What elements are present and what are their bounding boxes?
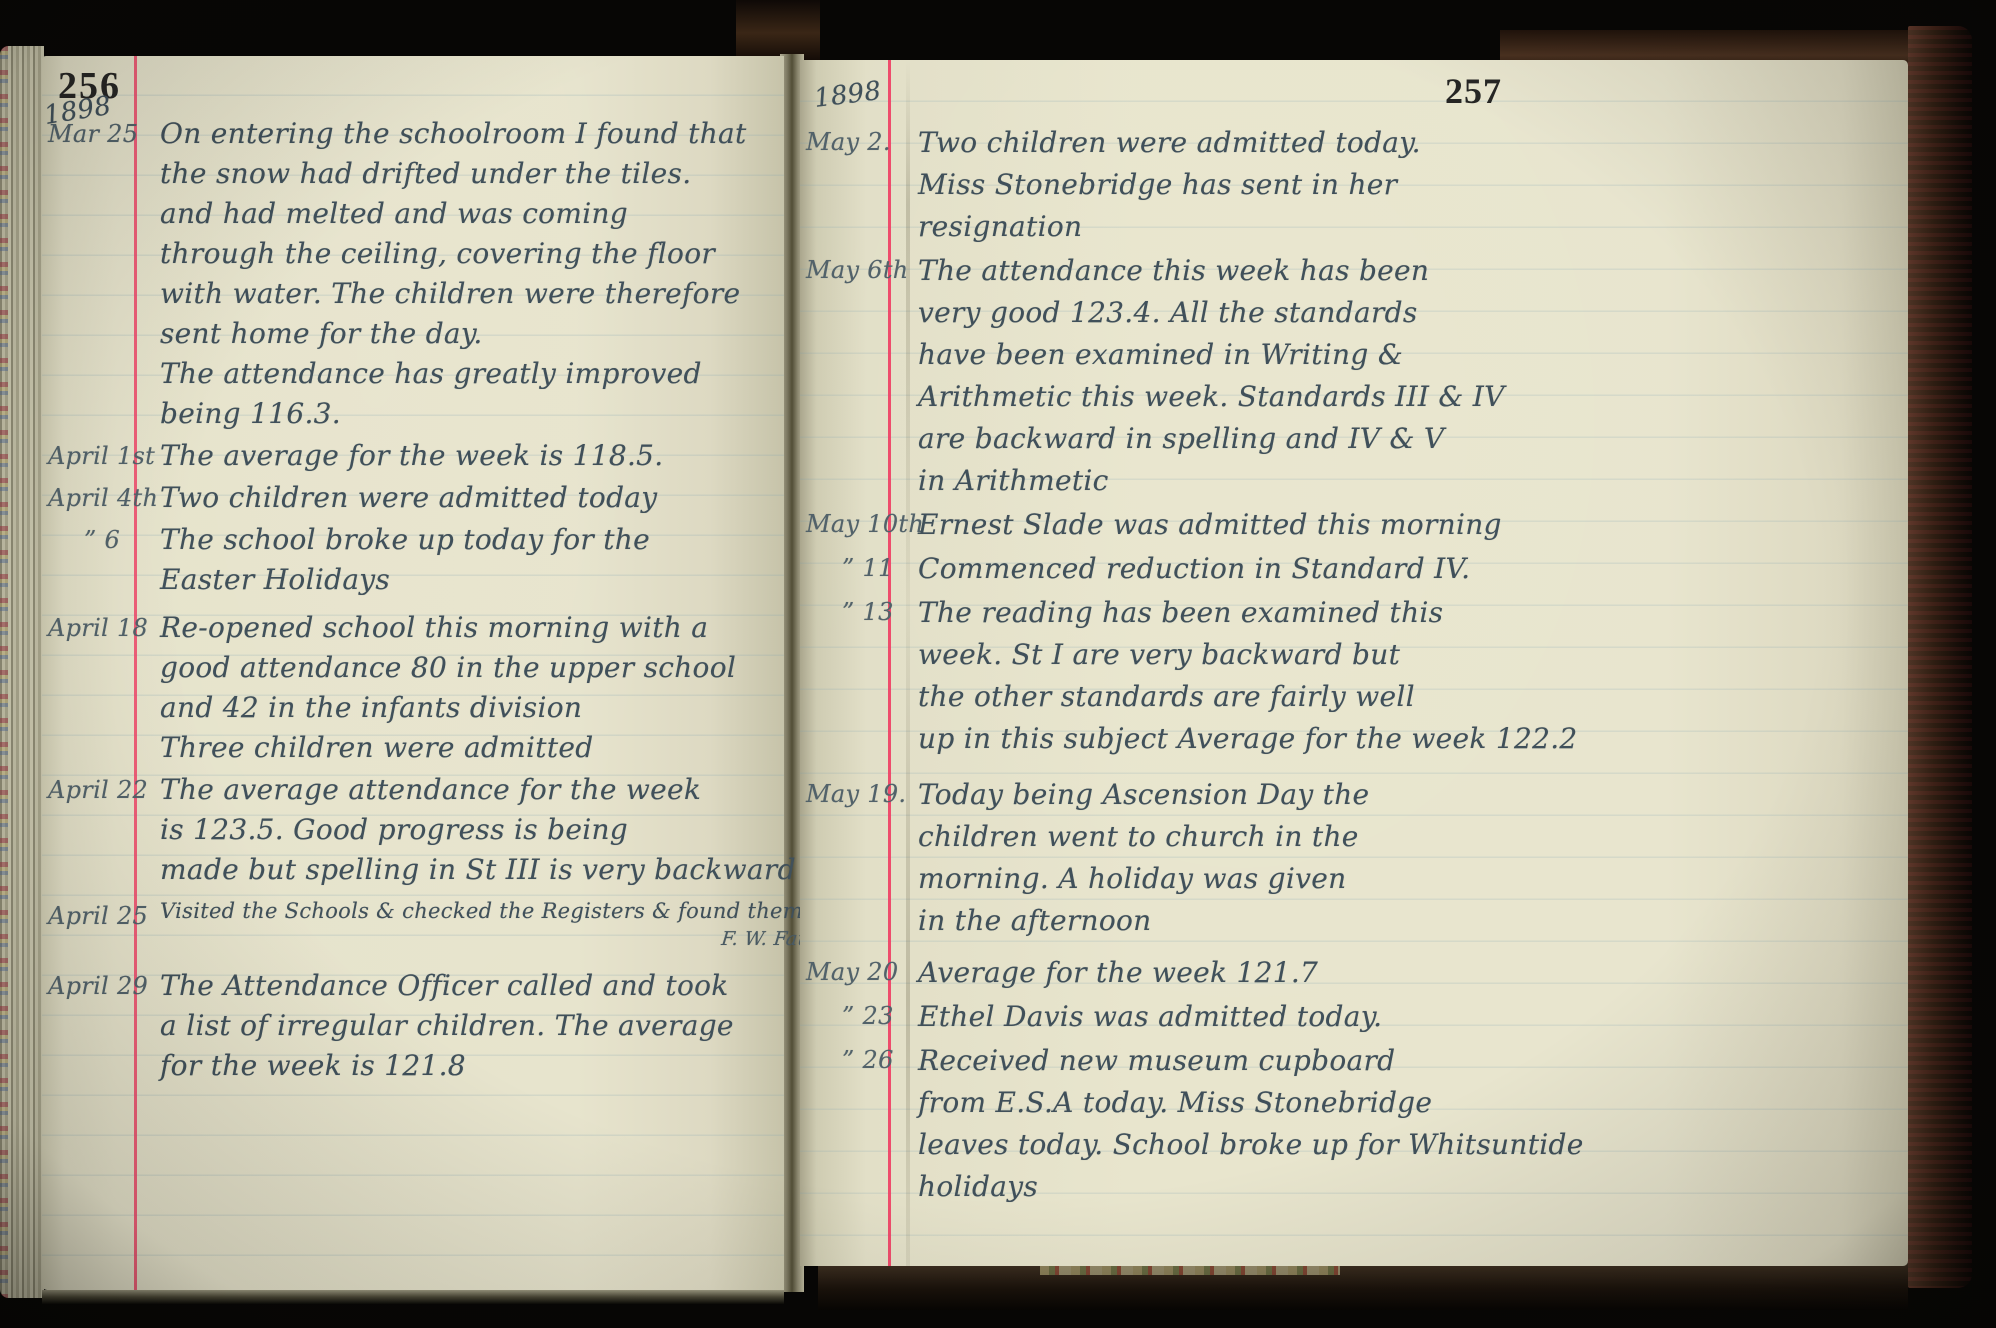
entry-line: children went to church in the: [918, 816, 1908, 858]
entry-line: Three children were admitted: [160, 728, 784, 768]
log-entry: April 25Visited the Schools & checked th…: [42, 896, 784, 952]
log-entry: April 18Re-opened school this morning wi…: [42, 608, 784, 768]
inspector-signature: F. W. Faught: [159, 926, 891, 952]
entry-line: The attendance has greatly improved: [160, 354, 784, 394]
entry-text: The average for the week is 118.5.: [146, 436, 784, 476]
entry-line: the other standards are fairly well: [918, 676, 1908, 718]
entry-line: sent home for the day.: [160, 314, 784, 354]
entry-line: Ethel Davis was admitted today.: [918, 996, 1908, 1038]
entry-line: leaves today. School broke up for Whitsu…: [918, 1124, 1908, 1166]
entry-line: Visited the Schools & checked the Regist…: [160, 896, 889, 926]
entry-line: made but spelling in St III is very back…: [160, 850, 796, 890]
book-cover-right-edge: [1908, 26, 1972, 1288]
spine-top-cover: [736, 0, 820, 60]
entry-date: ” 13: [800, 592, 904, 760]
logbook-photo: 256 1898 Mar 25On entering the schoolroo…: [0, 0, 1996, 1328]
right-page-entries: May 2.Two children were admitted today.M…: [800, 122, 1908, 1210]
entry-text: Average for the week 121.7: [904, 952, 1908, 994]
entry-line: Commenced reduction in Standard IV.: [918, 548, 1908, 590]
entry-line: is 123.5. Good progress is being: [160, 810, 796, 850]
entry-text: Ernest Slade was admitted this morning: [904, 504, 1908, 546]
entry-line: Re-opened school this morning with a: [160, 608, 784, 648]
bottom-right-cover: [818, 1262, 1908, 1310]
entry-line: The Attendance Officer called and took: [160, 966, 784, 1006]
entry-line: good attendance 80 in the upper school: [160, 648, 784, 688]
entry-line: being 116.3.: [160, 394, 784, 434]
entry-line: with water. The children were therefore: [160, 274, 784, 314]
entry-line: The average attendance for the week: [160, 770, 796, 810]
entry-line: in Arithmetic: [918, 460, 1908, 502]
entry-text: Two children were admitted today: [146, 478, 784, 518]
entry-line: The attendance this week has been: [918, 250, 1908, 292]
entry-line: a list of irregular children. The averag…: [160, 1006, 784, 1046]
entry-text: On entering the schoolroom I found thatt…: [146, 114, 784, 434]
entry-date: May 10th: [800, 504, 904, 546]
entry-line: holidays: [918, 1166, 1908, 1208]
entry-line: morning. A holiday was given: [918, 858, 1908, 900]
entry-line: Two children were admitted today.: [918, 122, 1908, 164]
entry-date: May 6th: [800, 250, 904, 502]
entry-line: week. St I are very backward but: [918, 634, 1908, 676]
entry-line: Miss Stonebridge has sent in her: [918, 164, 1908, 206]
entry-date: April 1st: [42, 436, 146, 476]
entry-line: Received new museum cupboard: [918, 1040, 1908, 1082]
bottom-left-page-edge: [42, 1290, 784, 1304]
log-entry: April 29The Attendance Officer called an…: [42, 966, 784, 1086]
log-entry: May 6thThe attendance this week has been…: [800, 250, 1908, 502]
entry-text: Re-opened school this morning with agood…: [146, 608, 784, 768]
entry-text: Commenced reduction in Standard IV.: [904, 548, 1908, 590]
log-entry: ” 13The reading has been examined thiswe…: [800, 592, 1908, 760]
entry-date: ” 11: [800, 548, 904, 590]
entry-line: in the afternoon: [918, 900, 1908, 942]
log-entry: ” 11Commenced reduction in Standard IV.: [800, 548, 1908, 590]
log-entry: May 19.Today being Ascension Day thechil…: [800, 774, 1908, 942]
entry-line: are backward in spelling and IV & V: [918, 418, 1908, 460]
log-entry: May 2.Two children were admitted today.M…: [800, 122, 1908, 248]
entry-date: April 4th: [42, 478, 146, 518]
entry-text: The average attendance for the weekis 12…: [146, 770, 796, 890]
entry-line: The school broke up today for the: [160, 520, 784, 560]
entry-date: April 25: [42, 896, 146, 952]
entry-line: and had melted and was coming: [160, 194, 784, 234]
entry-text: Two children were admitted today.Miss St…: [904, 122, 1908, 248]
entry-date: April 22: [42, 770, 146, 890]
entry-date: Mar 25: [42, 114, 146, 434]
entry-line: On entering the schoolroom I found that: [160, 114, 784, 154]
log-entry: ” 26Received new museum cupboardfrom E.S…: [800, 1040, 1908, 1208]
entry-text: The school broke up today for theEaster …: [146, 520, 784, 600]
entry-line: Average for the week 121.7: [918, 952, 1908, 994]
entry-line: Today being Ascension Day the: [918, 774, 1908, 816]
log-entry: May 10thErnest Slade was admitted this m…: [800, 504, 1908, 546]
page-left: 256 1898 Mar 25On entering the schoolroo…: [42, 56, 784, 1290]
entry-line: Easter Holidays: [160, 560, 784, 600]
log-entry: April 22The average attendance for the w…: [42, 770, 784, 890]
entry-line: and 42 in the infants division: [160, 688, 784, 728]
entry-date: ” 6: [42, 520, 146, 600]
entry-line: from E.S.A today. Miss Stonebridge: [918, 1082, 1908, 1124]
log-entry: Mar 25On entering the schoolroom I found…: [42, 114, 784, 434]
entry-text: Visited the Schools & checked the Regist…: [146, 896, 889, 952]
entry-text: Ethel Davis was admitted today.: [904, 996, 1908, 1038]
entry-line: resignation: [918, 206, 1908, 248]
bottom-page-edge-sliver: [1040, 1266, 1340, 1275]
entry-date: April 29: [42, 966, 146, 1086]
page-right: 257 1898 May 2.Two children were admitte…: [800, 60, 1908, 1266]
log-entry: April 4thTwo children were admitted toda…: [42, 478, 784, 518]
left-page-edges: [0, 46, 44, 1298]
entry-line: have been examined in Writing &: [918, 334, 1908, 376]
entry-line: The reading has been examined this: [918, 592, 1908, 634]
entry-text: Today being Ascension Day thechildren we…: [904, 774, 1908, 942]
entry-date: May 19.: [800, 774, 904, 942]
entry-date: ” 23: [800, 996, 904, 1038]
entry-text: Received new museum cupboardfrom E.S.A t…: [904, 1040, 1908, 1208]
left-page-entries: Mar 25On entering the schoolroom I found…: [42, 114, 784, 1088]
entry-date: ” 26: [800, 1040, 904, 1208]
entry-date: May 20: [800, 952, 904, 994]
log-entry: April 1stThe average for the week is 118…: [42, 436, 784, 476]
log-entry: ” 23Ethel Davis was admitted today.: [800, 996, 1908, 1038]
page-number-right: 257: [1445, 70, 1502, 112]
log-entry: ” 6The school broke up today for theEast…: [42, 520, 784, 600]
entry-line: The average for the week is 118.5.: [160, 436, 784, 476]
entry-line: very good 123.4. All the standards: [918, 292, 1908, 334]
entry-line: Arithmetic this week. Standards III & IV: [918, 376, 1908, 418]
entry-line: for the week is 121.8: [160, 1046, 784, 1086]
entry-date: April 18: [42, 608, 146, 768]
entry-text: The reading has been examined thisweek. …: [904, 592, 1908, 760]
entry-line: the snow had drifted under the tiles.: [160, 154, 784, 194]
entry-text: The Attendance Officer called and tooka …: [146, 966, 784, 1086]
entry-line: up in this subject Average for the week …: [918, 718, 1908, 760]
entry-line: Ernest Slade was admitted this morning: [918, 504, 1908, 546]
entry-text: The attendance this week has beenvery go…: [904, 250, 1908, 502]
entry-line: through the ceiling, covering the floor: [160, 234, 784, 274]
log-entry: May 20Average for the week 121.7: [800, 952, 1908, 994]
entry-line: Two children were admitted today: [160, 478, 784, 518]
entry-date: May 2.: [800, 122, 904, 248]
